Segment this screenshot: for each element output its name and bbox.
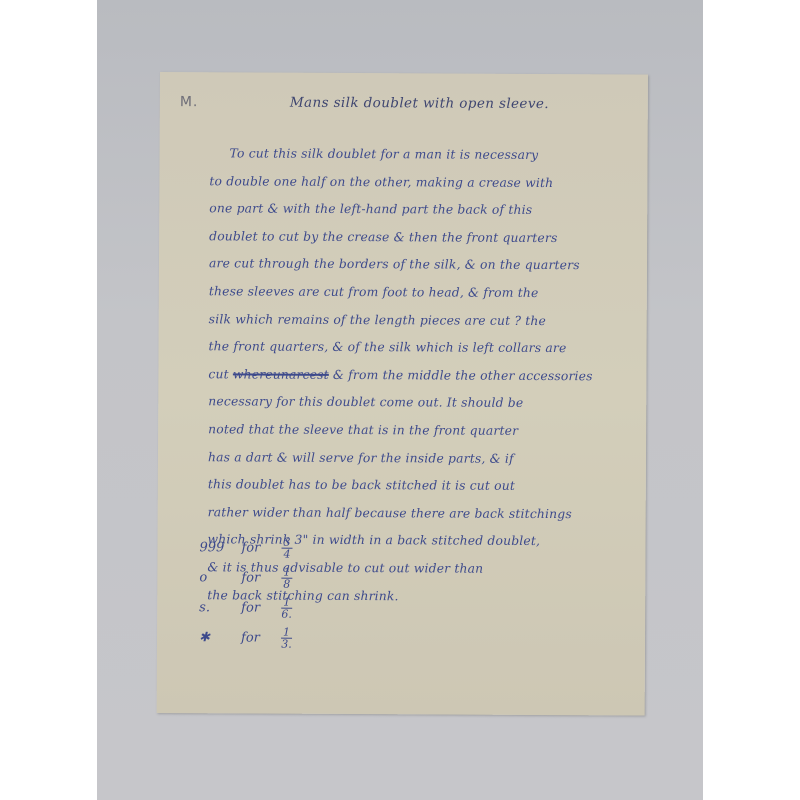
key-for: for [241, 540, 281, 555]
text-line: to double one half on the other, making … [209, 168, 629, 198]
key-row: s. for 1 6. [199, 592, 292, 622]
key-symbol: s. [199, 600, 241, 615]
key-for: for [241, 630, 281, 645]
key-row: 999 for 3 4 [199, 532, 292, 562]
fraction-denominator: 6. [281, 608, 292, 619]
fraction-numerator: 3 [282, 536, 293, 548]
fraction-denominator: 8 [283, 578, 290, 589]
fraction-denominator: 3. [281, 638, 292, 649]
text-line: necessary for this doublet come out. It … [208, 389, 628, 419]
text-line: noted that the sleeve that is in the fro… [208, 416, 628, 446]
key-symbol: o [199, 570, 241, 585]
manuscript-page: M. Mans silk doublet with open sleeve. T… [157, 72, 648, 716]
key-for: for [241, 600, 281, 615]
text-line: doublet to cut by the crease & then the … [209, 223, 629, 253]
text-line: the front quarters, & of the silk which … [208, 333, 628, 363]
key-row: ✱ for 1 3. [199, 622, 292, 652]
fraction-denominator: 4 [283, 548, 290, 559]
page-title: Mans silk doublet with open sleeve. [290, 95, 549, 112]
asterisk-icon: ✱ [199, 630, 241, 645]
fraction-numerator: 1 [281, 596, 292, 608]
key-fraction: 1 3. [281, 626, 292, 649]
text-fragment: cut [208, 367, 228, 381]
photo-stage: M. Mans silk doublet with open sleeve. T… [0, 0, 800, 800]
key-symbol: 999 [199, 540, 241, 555]
key-fraction: 3 4 [281, 536, 292, 559]
key-row: o for 1 8 [199, 562, 292, 592]
text-line: are cut through the borders of the silk,… [209, 251, 629, 281]
text-line: rather wider than half because there are… [208, 499, 628, 529]
text-line: cut whereunarcest & from the middle the … [208, 361, 628, 391]
key-for: for [241, 570, 281, 585]
text-fragment: & from the middle the other accessories [333, 368, 593, 383]
fraction-numerator: 1 [281, 566, 292, 578]
fraction-numerator: 1 [281, 626, 292, 638]
key-fraction: 1 8 [281, 566, 292, 589]
key-fraction: 1 6. [281, 596, 292, 619]
struck-out-word: whereunarcest [233, 367, 329, 382]
symbol-key: 999 for 3 4 o for 1 8 s. for 1 [199, 532, 293, 652]
page-marker: M. [180, 94, 199, 110]
text-line: To cut this silk doublet for a man it is… [209, 140, 629, 170]
text-line: one part & with the left-hand part the b… [209, 195, 629, 225]
text-line: has a dart & will serve for the inside p… [208, 444, 628, 474]
text-line: these sleeves are cut from foot to head,… [209, 278, 629, 308]
text-line: this doublet has to be back stitched it … [208, 471, 628, 501]
text-line: silk which remains of the length pieces … [209, 306, 629, 336]
